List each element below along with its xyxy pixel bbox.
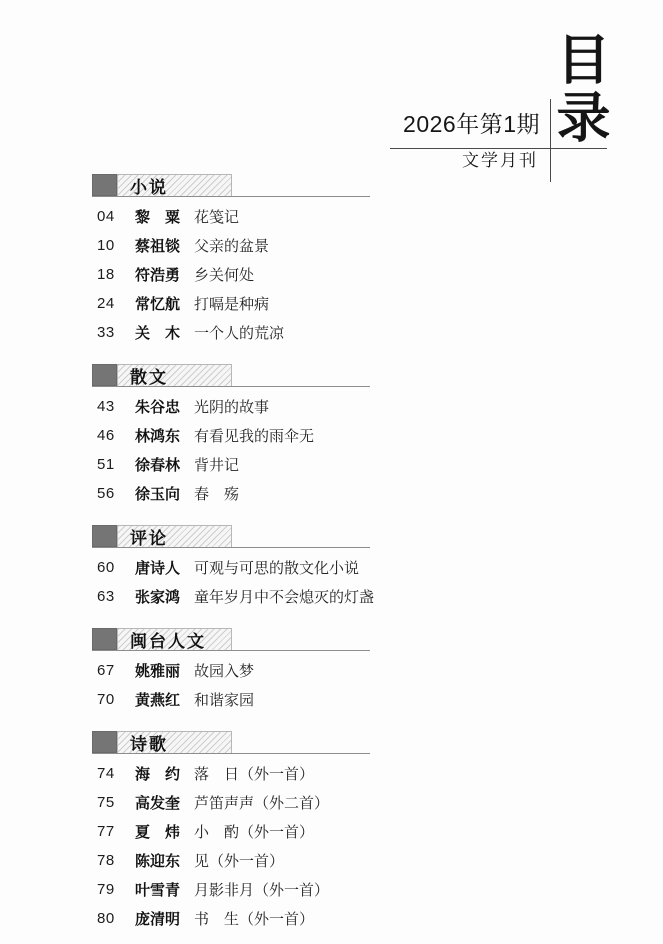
toc-entry: 24常忆航打嗝是种病 <box>92 289 370 318</box>
entry-author: 高发奎 <box>135 792 181 813</box>
toc-section: 散文43朱谷忠光阴的故事46林鸿东有看见我的雨伞无51徐春林背井记56徐玉向春 … <box>92 364 370 508</box>
section-marker-square-icon <box>92 731 117 753</box>
entry-author: 蔡祖锬 <box>135 235 181 256</box>
entry-title: 有看见我的雨伞无 <box>194 425 314 446</box>
section-title-bar: 评论 <box>117 525 232 547</box>
section-marker-square-icon <box>92 364 117 386</box>
entry-page-number: 51 <box>97 456 119 473</box>
entry-page-number: 67 <box>97 662 119 679</box>
entry-author: 朱谷忠 <box>135 396 181 417</box>
toc-entry: 18符浩勇乡关何处 <box>92 260 370 289</box>
entry-author: 徐春林 <box>135 454 181 475</box>
entry-title: 春 殇 <box>194 483 239 504</box>
toc-entry: 63张家鸿童年岁月中不会熄灭的灯盏 <box>92 582 370 611</box>
entry-page-number: 74 <box>97 765 119 782</box>
toc-entry: 46林鸿东有看见我的雨伞无 <box>92 421 370 450</box>
toc-entry: 78陈迎东见（外一首） <box>92 846 370 875</box>
section-title-bar: 诗歌 <box>117 731 232 753</box>
section-header: 小说 <box>92 174 370 197</box>
section-title: 散文 <box>118 363 168 388</box>
entry-author: 海 约 <box>135 763 181 784</box>
entry-title: 花笺记 <box>194 206 239 227</box>
section-entries: 60唐诗人可观与可思的散文化小说63张家鸿童年岁月中不会熄灭的灯盏 <box>92 553 370 611</box>
vertical-rule <box>550 99 551 182</box>
entry-title: 光阴的故事 <box>194 396 269 417</box>
section-marker-square-icon <box>92 628 117 650</box>
entry-title: 故园入梦 <box>194 660 254 681</box>
toc-entry: 67姚雅丽故园入梦 <box>92 656 370 685</box>
section-entries: 74海 约落 日（外一首）75高发奎芦笛声声（外二首）77夏 炜小 酌（外一首）… <box>92 759 370 933</box>
section-title: 闽台人文 <box>118 627 206 652</box>
section-title: 评论 <box>118 524 168 549</box>
section-title-bar: 小说 <box>117 174 232 196</box>
entry-author: 姚雅丽 <box>135 660 181 681</box>
entry-title: 一个人的荒凉 <box>194 322 284 343</box>
entry-page-number: 78 <box>97 852 119 869</box>
section-title: 小说 <box>118 173 168 198</box>
entry-title: 童年岁月中不会熄灭的灯盏 <box>194 586 374 607</box>
toc-entry: 70黄燕红和谐家园 <box>92 685 370 714</box>
entry-author: 庞清明 <box>135 908 181 929</box>
entry-title: 背井记 <box>194 454 239 475</box>
entry-page-number: 24 <box>97 295 119 312</box>
section-title-bar: 散文 <box>117 364 232 386</box>
entry-page-number: 60 <box>97 559 119 576</box>
entry-title: 乡关何处 <box>194 264 254 285</box>
toc-entry: 74海 约落 日（外一首） <box>92 759 370 788</box>
entry-page-number: 18 <box>97 266 119 283</box>
entry-title: 和谐家园 <box>194 689 254 710</box>
entry-author: 常忆航 <box>135 293 181 314</box>
toc-entry: 75高发奎芦笛声声（外二首） <box>92 788 370 817</box>
entry-page-number: 10 <box>97 237 119 254</box>
section-entries: 04黎 粟花笺记10蔡祖锬父亲的盆景18符浩勇乡关何处24常忆航打嗝是种病33关… <box>92 202 370 347</box>
entry-page-number: 80 <box>97 910 119 927</box>
entry-author: 林鸿东 <box>135 425 181 446</box>
entry-title: 父亲的盆景 <box>194 235 269 256</box>
entry-author: 陈迎东 <box>135 850 181 871</box>
magazine-toc-page: 目录 2026年第1期 文学月刊 小说04黎 粟花笺记10蔡祖锬父亲的盆景18符… <box>0 0 663 944</box>
entry-author: 夏 炜 <box>135 821 181 842</box>
section-header: 散文 <box>92 364 370 387</box>
entry-author: 符浩勇 <box>135 264 181 285</box>
entry-author: 唐诗人 <box>135 557 181 578</box>
entry-author: 叶雪青 <box>135 879 181 900</box>
entry-page-number: 77 <box>97 823 119 840</box>
section-entries: 43朱谷忠光阴的故事46林鸿东有看见我的雨伞无51徐春林背井记56徐玉向春 殇 <box>92 392 370 508</box>
section-marker-square-icon <box>92 174 117 196</box>
toc-title: 目录 <box>552 31 606 147</box>
horizontal-rule <box>390 148 607 149</box>
entry-author: 徐玉向 <box>135 483 181 504</box>
entry-title: 落 日（外一首） <box>194 763 314 784</box>
toc-entry: 56徐玉向春 殇 <box>92 479 370 508</box>
section-marker-square-icon <box>92 525 117 547</box>
section-title-bar: 闽台人文 <box>117 628 232 650</box>
section-header: 诗歌 <box>92 731 370 754</box>
toc-entry: 77夏 炜小 酌（外一首） <box>92 817 370 846</box>
entry-page-number: 70 <box>97 691 119 708</box>
section-header: 评论 <box>92 525 370 548</box>
entry-page-number: 46 <box>97 427 119 444</box>
toc-entry: 80庞清明书 生（外一首） <box>92 904 370 933</box>
toc-entry: 04黎 粟花笺记 <box>92 202 370 231</box>
entry-title: 打嗝是种病 <box>194 293 269 314</box>
entry-page-number: 79 <box>97 881 119 898</box>
entry-author: 张家鸿 <box>135 586 181 607</box>
toc-sections: 小说04黎 粟花笺记10蔡祖锬父亲的盆景18符浩勇乡关何处24常忆航打嗝是种病3… <box>92 174 370 944</box>
entry-author: 黎 粟 <box>135 206 181 227</box>
toc-entry: 43朱谷忠光阴的故事 <box>92 392 370 421</box>
toc-entry: 51徐春林背井记 <box>92 450 370 479</box>
entry-title: 书 生（外一首） <box>194 908 314 929</box>
entry-page-number: 56 <box>97 485 119 502</box>
issue-label: 2026年第1期 <box>403 112 540 137</box>
entry-author: 关 木 <box>135 322 181 343</box>
toc-entry: 33关 木一个人的荒凉 <box>92 318 370 347</box>
entry-title: 小 酌（外一首） <box>194 821 314 842</box>
entry-title: 见（外一首） <box>194 850 284 871</box>
entry-author: 黄燕红 <box>135 689 181 710</box>
toc-section: 诗歌74海 约落 日（外一首）75高发奎芦笛声声（外二首）77夏 炜小 酌（外一… <box>92 731 370 933</box>
entry-page-number: 75 <box>97 794 119 811</box>
toc-section: 评论60唐诗人可观与可思的散文化小说63张家鸿童年岁月中不会熄灭的灯盏 <box>92 525 370 611</box>
toc-entry: 10蔡祖锬父亲的盆景 <box>92 231 370 260</box>
entry-page-number: 33 <box>97 324 119 341</box>
entry-page-number: 43 <box>97 398 119 415</box>
entry-title: 月影非月（外一首） <box>194 879 329 900</box>
entry-page-number: 04 <box>97 208 119 225</box>
section-header: 闽台人文 <box>92 628 370 651</box>
section-title: 诗歌 <box>118 730 168 755</box>
toc-entry: 60唐诗人可观与可思的散文化小说 <box>92 553 370 582</box>
toc-section: 小说04黎 粟花笺记10蔡祖锬父亲的盆景18符浩勇乡关何处24常忆航打嗝是种病3… <box>92 174 370 347</box>
toc-entry: 79叶雪青月影非月（外一首） <box>92 875 370 904</box>
magazine-name: 文学月刊 <box>462 151 538 171</box>
entry-page-number: 63 <box>97 588 119 605</box>
entry-title: 芦笛声声（外二首） <box>194 792 329 813</box>
entry-title: 可观与可思的散文化小说 <box>194 557 359 578</box>
section-entries: 67姚雅丽故园入梦70黄燕红和谐家园 <box>92 656 370 714</box>
toc-section: 闽台人文67姚雅丽故园入梦70黄燕红和谐家园 <box>92 628 370 714</box>
